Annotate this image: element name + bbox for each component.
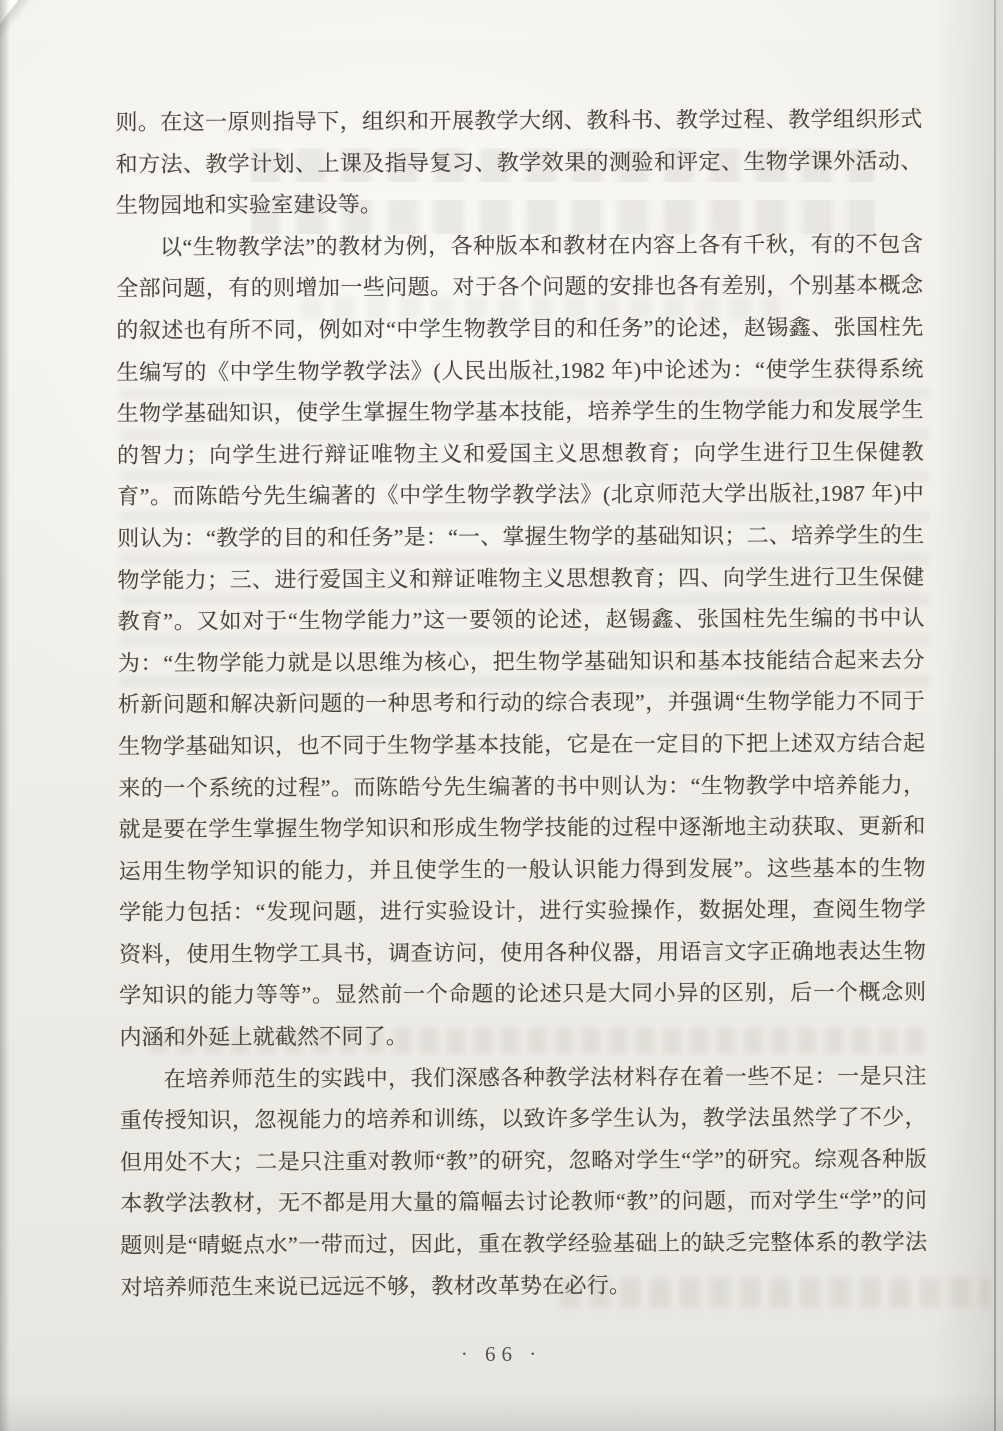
right-edge-shading [933, 0, 1003, 1431]
left-edge-shadow [0, 0, 10, 1431]
page-number: · 66 · [0, 1342, 1003, 1367]
paragraph-continuation: 则。在这一原则指导下，组织和开展教学大纲、教科书、教学过程、教学组织形式和方法、… [115, 98, 923, 226]
page-text: 则。在这一原则指导下，组织和开展教学大纲、教科书、教学过程、教学组织形式和方法、… [115, 98, 927, 1308]
paragraph-textbook-comparison: 以“生物教学法”的教材为例，各种版本和教材在内容上各有千秋，有的不包含全部问题，… [116, 223, 927, 1058]
paragraph-practice-shortcomings: 在培养师范生的实践中，我们深感各种教学法材料存在着一些不足：一是只注重传授知识，… [120, 1055, 928, 1308]
page-edge-line [994, 0, 996, 1431]
bottom-edge-shading [0, 1391, 1003, 1431]
paper-corner-highlight [0, 0, 120, 150]
scanned-page: 则。在这一原则指导下，组织和开展教学大纲、教科书、教学过程、教学组织形式和方法、… [0, 0, 1003, 1431]
